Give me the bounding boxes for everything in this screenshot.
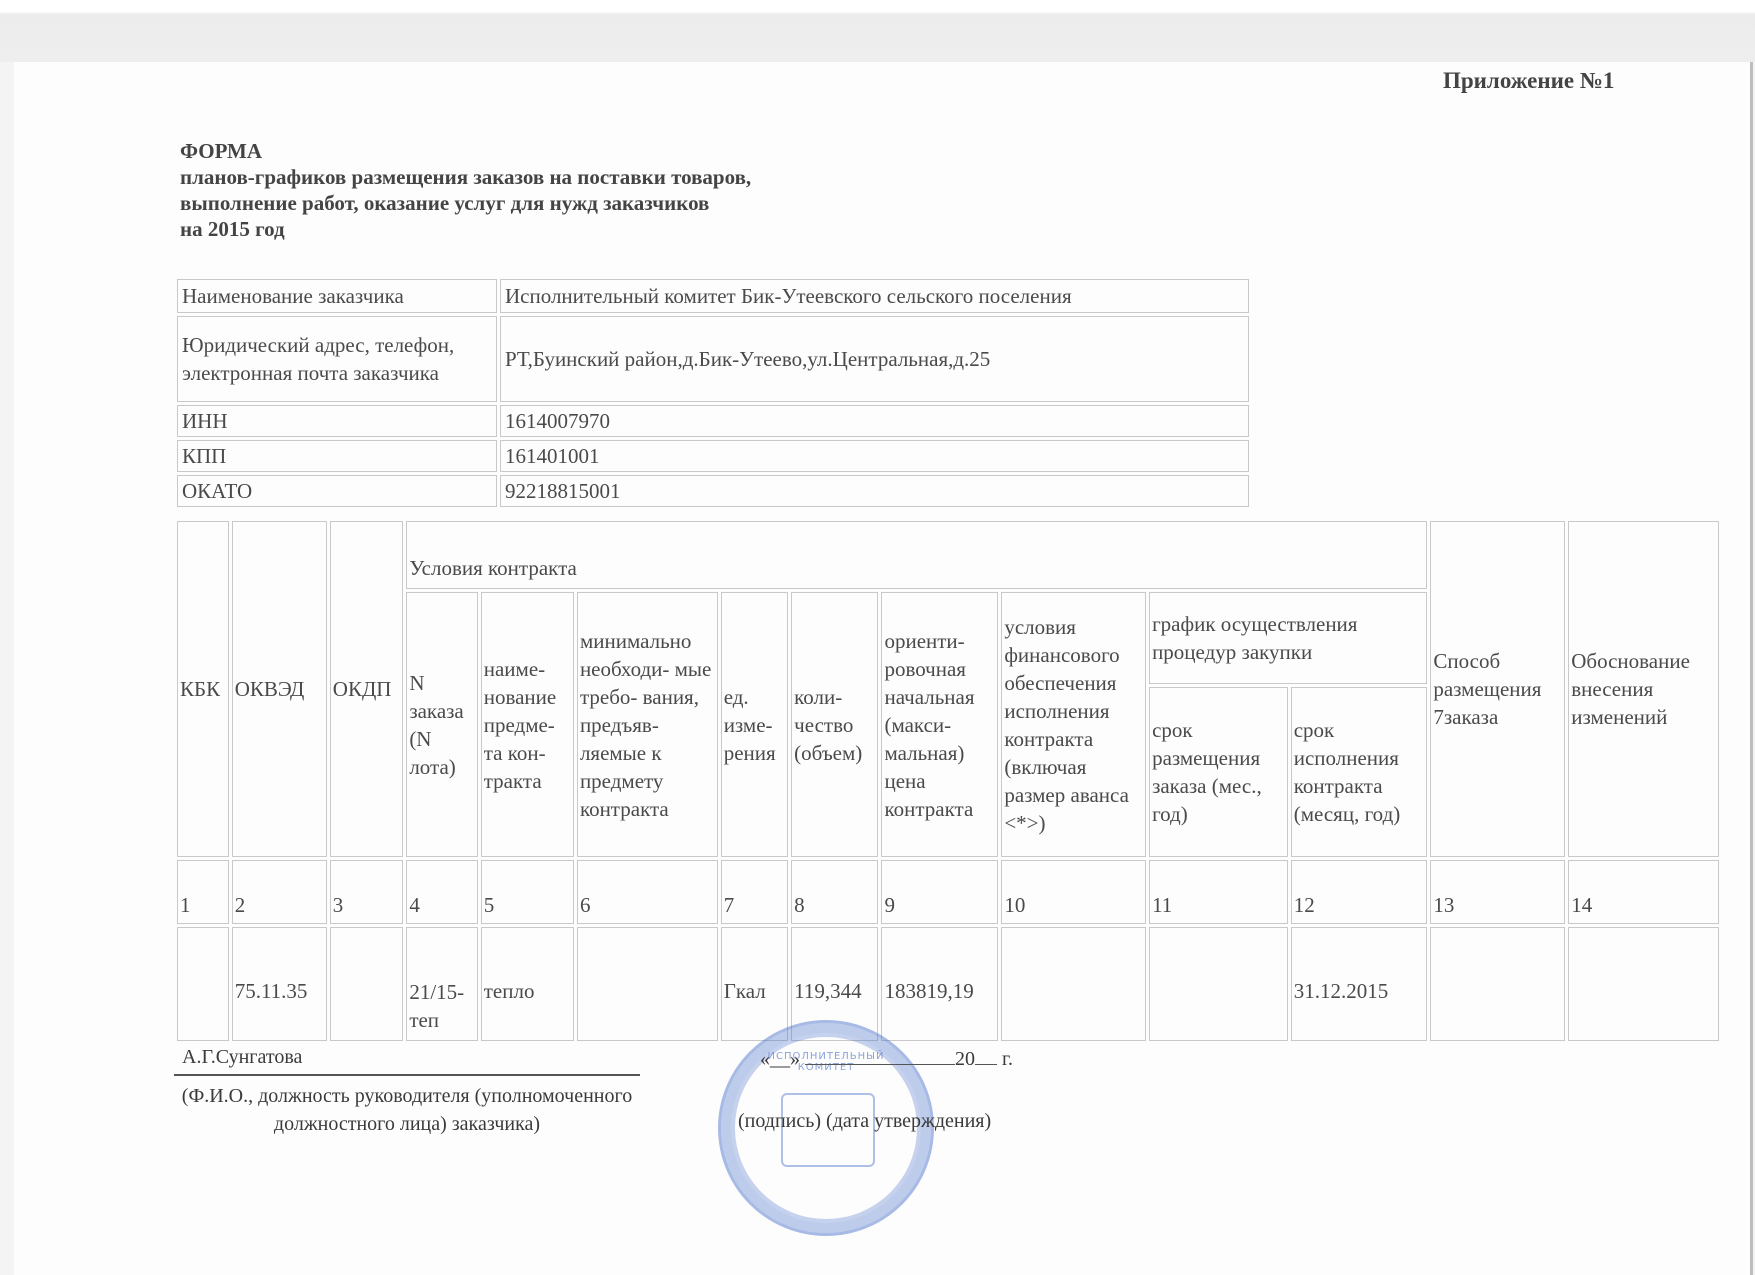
column-number: 1	[177, 860, 229, 924]
header-order-no: N заказа (N лота)	[406, 592, 477, 857]
header-execution-term: срок исполнения контракта (месяц, год)	[1291, 687, 1428, 857]
column-number: 8	[791, 860, 878, 924]
column-number: 12	[1291, 860, 1428, 924]
info-row: Юридический адрес, телефон, электронная …	[177, 316, 1249, 402]
header-placement-method: Способ размещения 7заказа	[1430, 521, 1565, 857]
header-subject-name: наиме- нование предме- та кон- тракта	[481, 592, 574, 857]
cell-change-reason	[1568, 927, 1719, 1041]
date-day: «__»	[760, 1048, 800, 1070]
column-number: 7	[721, 860, 788, 924]
approval-date-line: «__» 20 г.	[760, 1046, 1013, 1071]
form-title-line: ФОРМА	[180, 138, 751, 164]
header-kbk: КБК	[177, 521, 229, 857]
customer-info-table: Наименование заказчика Исполнительный ко…	[174, 276, 1252, 510]
info-row: Наименование заказчика Исполнительный ко…	[177, 279, 1249, 313]
info-value: 1614007970	[500, 405, 1249, 437]
cell-okved: 75.11.35	[232, 927, 327, 1041]
date-year-suffix: г.	[1002, 1048, 1013, 1070]
header-change-reason: Обоснование внесения изменений	[1568, 521, 1719, 857]
cell-placement-method	[1430, 927, 1565, 1041]
cell-financial-security	[1001, 927, 1146, 1041]
info-value: 92218815001	[500, 475, 1249, 507]
info-row: КПП 161401001	[177, 440, 1249, 472]
info-label: КПП	[177, 440, 497, 472]
date-year-blank	[975, 1046, 997, 1065]
table-row: 75.11.35 21/15- теп тепло Гкал 119,344 1…	[177, 927, 1719, 1041]
header-initial-price: ориенти- ровочная начальная (макси- маль…	[881, 592, 998, 857]
cell-unit: Гкал	[721, 927, 788, 1041]
column-number: 4	[406, 860, 477, 924]
column-number: 6	[577, 860, 718, 924]
column-number: 14	[1568, 860, 1719, 924]
form-title: ФОРМА планов-графиков размещения заказов…	[180, 138, 751, 242]
info-label: Юридический адрес, телефон, электронная …	[177, 316, 497, 402]
header-okved: ОКВЭД	[232, 521, 327, 857]
header-min-requirements: минимально необходи- мые требо- вания, п…	[577, 592, 718, 857]
cell-subject-name: тепло	[481, 927, 574, 1041]
appendix-label: Приложение №1	[1443, 68, 1614, 94]
signatory-name: А.Г.Сунгатова	[182, 1046, 302, 1069]
info-value: РТ,Буинский район,д.Бик-Утеево,ул.Центра…	[500, 316, 1249, 402]
info-row: ОКАТО 92218815001	[177, 475, 1249, 507]
cell-okdp	[330, 927, 404, 1041]
header-contract-terms: Условия контракта	[406, 521, 1427, 589]
column-number: 2	[232, 860, 327, 924]
column-number: 5	[481, 860, 574, 924]
form-title-line: на 2015 год	[180, 216, 751, 242]
header-quantity: коли- чество (объем)	[791, 592, 878, 857]
column-number: 13	[1430, 860, 1565, 924]
scan-top-band	[0, 0, 1755, 62]
cell-execution-term: 31.12.2015	[1291, 927, 1428, 1041]
column-number: 9	[881, 860, 998, 924]
info-label: ОКАТО	[177, 475, 497, 507]
cell-initial-price: 183819,19	[881, 927, 998, 1041]
info-row: ИНН 1614007970	[177, 405, 1249, 437]
info-value: Исполнительный комитет Бик-Утеевского се…	[500, 279, 1249, 313]
form-title-line: выполнение работ, оказание услуг для нуж…	[180, 190, 751, 216]
form-title-line: планов-графиков размещения заказов на по…	[180, 164, 751, 190]
date-month-blank	[805, 1046, 955, 1065]
signature-underline	[174, 1074, 640, 1076]
approval-caption: (подпись) (дата утверждения)	[738, 1110, 991, 1133]
column-number: 11	[1149, 860, 1288, 924]
column-number: 3	[330, 860, 404, 924]
header-unit: ед. изме- рения	[721, 592, 788, 857]
header-okdp: ОКДП	[330, 521, 404, 857]
signatory-caption: (Ф.И.О., должность руководителя (уполном…	[174, 1082, 640, 1138]
cell-min-requirements	[577, 927, 718, 1041]
header-placement-term: срок размещения заказа (мес., год)	[1149, 687, 1288, 857]
info-label: Наименование заказчика	[177, 279, 497, 313]
info-label: ИНН	[177, 405, 497, 437]
header-procurement-schedule: график осуществления процедур закупки	[1149, 592, 1427, 684]
cell-placement-term	[1149, 927, 1288, 1041]
column-number-row: 1 2 3 4 5 6 7 8 9 10 11 12 13 14	[177, 860, 1719, 924]
plan-schedule-table: КБК ОКВЭД ОКДП Условия контракта Способ …	[174, 518, 1722, 1044]
column-number: 10	[1001, 860, 1146, 924]
cell-order-no: 21/15- теп	[406, 927, 477, 1041]
cell-kbk	[177, 927, 229, 1041]
header-row-1: КБК ОКВЭД ОКДП Условия контракта Способ …	[177, 521, 1719, 589]
info-value: 161401001	[500, 440, 1249, 472]
date-year-prefix: 20	[955, 1048, 975, 1070]
header-financial-security: условия финансового обеспечения исполнен…	[1001, 592, 1146, 857]
